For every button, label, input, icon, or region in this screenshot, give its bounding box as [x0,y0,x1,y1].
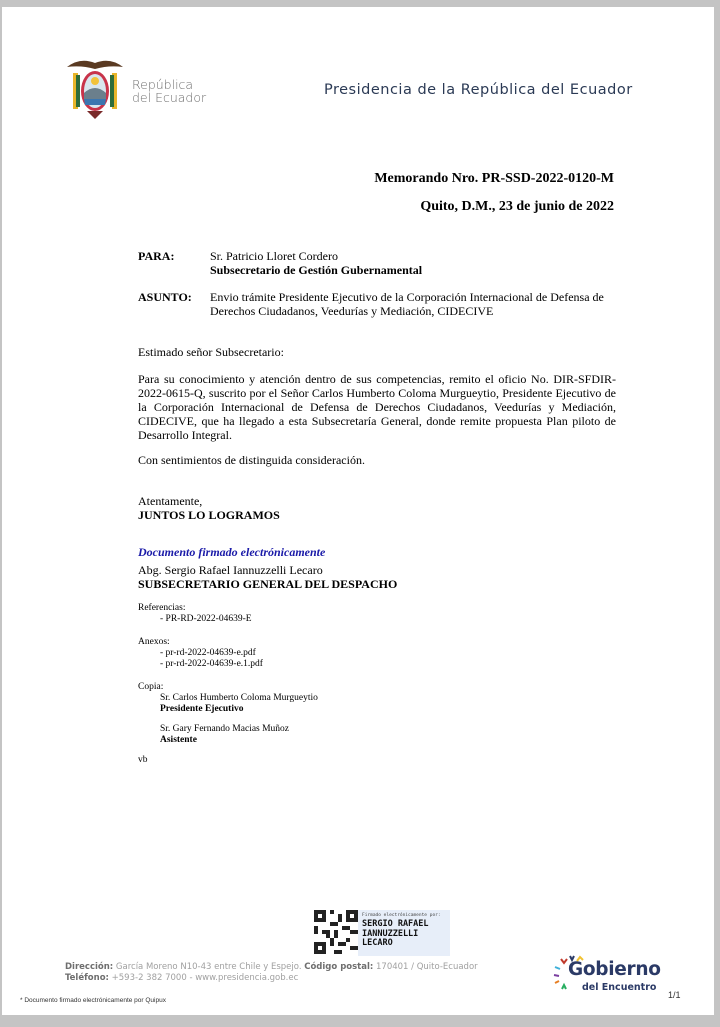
copia-section: Copia: Sr. Carlos Humberto Coloma Murgue… [138,682,616,766]
stamp-caption: Firmado electrónicamente por: [362,913,441,918]
body-paragraph: Para su conocimiento y atención dentro d… [138,372,616,442]
farewell: Atentamente, [138,494,616,508]
document-page: República del Ecuador Presidencia de la … [2,7,714,1015]
copia-recipient-title: Presidente Ejecutivo [138,704,616,715]
address-value: García Moreno N10-43 entre Chile y Espej… [116,962,302,972]
referencia-item: - PR-RD-2022-04639-E [138,614,616,625]
copia-label: Copia: [138,682,616,693]
copia-recipient-name: Sr. Gary Fernando Macias Muñoz [138,724,616,735]
coat-of-arms-icon [65,55,125,121]
address-label: Dirección: [65,962,113,972]
memo-number: Memorando Nro. PR-SSD-2022-0120-M [374,171,614,187]
institution-title: Presidencia de la República del Ecuador [324,82,633,98]
gobierno-brand-subtitle: del Encuentro [582,982,656,993]
para-value: Sr. Patricio Lloret Cordero Subsecretari… [210,249,610,277]
stamp-name-line3: LECARO [362,939,429,949]
postal-label: Código postal: [304,962,373,972]
copia-recipient-name: Sr. Carlos Humberto Coloma Murgueytio [138,693,616,704]
anexo-item: - pr-rd-2022-04639-e.1.pdf [138,659,616,670]
closing: Con sentimientos de distinguida consider… [138,453,616,467]
signed-electronically-note: Documento firmado electrónicamente [138,545,325,560]
signer-name: Abg. Sergio Rafael Iannuzzelli Lecaro [138,563,616,577]
referencias-label: Referencias: [138,603,616,614]
phone-value: +593-2 382 7000 - www.presidencia.gob.ec [112,973,299,983]
qr-code-icon [314,910,358,954]
copia-recipient-title: Asistente [138,735,616,746]
gobierno-brand-title: Gobierno [568,959,661,980]
asunto-label: ASUNTO: [138,290,192,305]
motto: JUNTOS LO LOGRAMOS [138,508,616,522]
anexo-item: - pr-rd-2022-04639-e.pdf [138,648,616,659]
para-title: Subsecretario de Gestión Gubernamental [210,263,610,277]
republic-logo-text: República del Ecuador [132,78,206,104]
quipux-note: * Documento firmado electrónicamente por… [20,997,166,1004]
anexos-label: Anexos: [138,637,616,648]
stamp-signer-name: SERGIO RAFAEL IANNUZZELLI LECARO [362,920,429,949]
initials: vb [138,755,616,766]
para-name: Sr. Patricio Lloret Cordero [210,249,610,263]
logo-text-line2: del Ecuador [132,91,206,104]
signer-title: SUBSECRETARIO GENERAL DEL DESPACHO [138,577,616,591]
anexos-section: Anexos: - pr-rd-2022-04639-e.pdf - pr-rd… [138,637,616,670]
page-number: 1/1 [668,990,681,1000]
postal-value: 170401 / Quito-Ecuador [376,962,478,972]
phone-label: Teléfono: [65,973,109,983]
asunto-text: Envio trámite Presidente Ejecutivo de la… [210,290,610,318]
memo-date: Quito, D.M., 23 de junio de 2022 [420,199,614,215]
para-label: PARA: [138,249,174,264]
greeting: Estimado señor Subsecretario: [138,345,616,359]
footer-contact: Dirección: García Moreno N10-43 entre Ch… [65,962,478,984]
referencias-section: Referencias: - PR-RD-2022-04639-E [138,603,616,625]
